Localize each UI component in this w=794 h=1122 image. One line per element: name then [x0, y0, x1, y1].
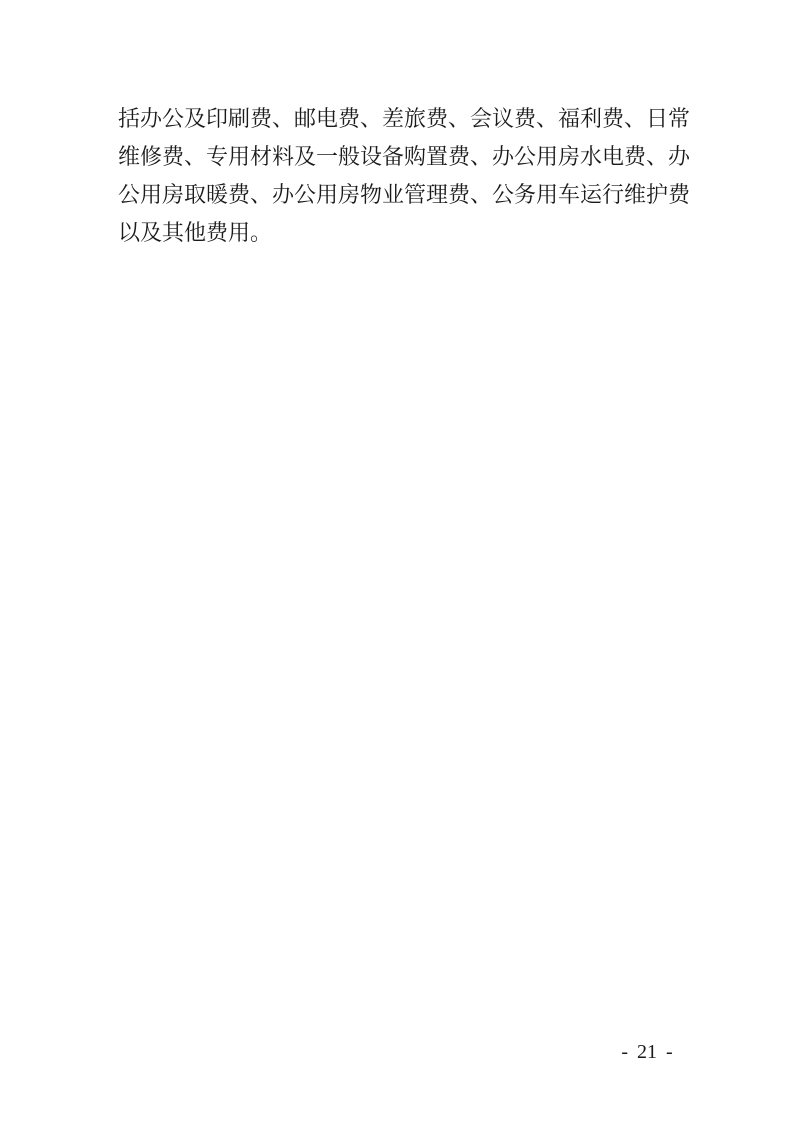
- paragraph-line-3: 公用房取暖费、办公用房物业管理费、公务用车运行维护费: [118, 176, 675, 214]
- paragraph-line-4: 以及其他费用。: [118, 214, 675, 252]
- paragraph-line-1: 括办公及印刷费、邮电费、差旅费、会议费、福利费、日常: [118, 100, 675, 138]
- body-paragraph: 括办公及印刷费、邮电费、差旅费、会议费、福利费、日常 维修费、专用材料及一般设备…: [118, 100, 675, 252]
- document-page: 括办公及印刷费、邮电费、差旅费、会议费、福利费、日常 维修费、专用材料及一般设备…: [0, 0, 794, 1122]
- paragraph-line-2: 维修费、专用材料及一般设备购置费、办公用房水电费、办: [118, 138, 675, 176]
- page-number: - 21 -: [605, 1041, 689, 1063]
